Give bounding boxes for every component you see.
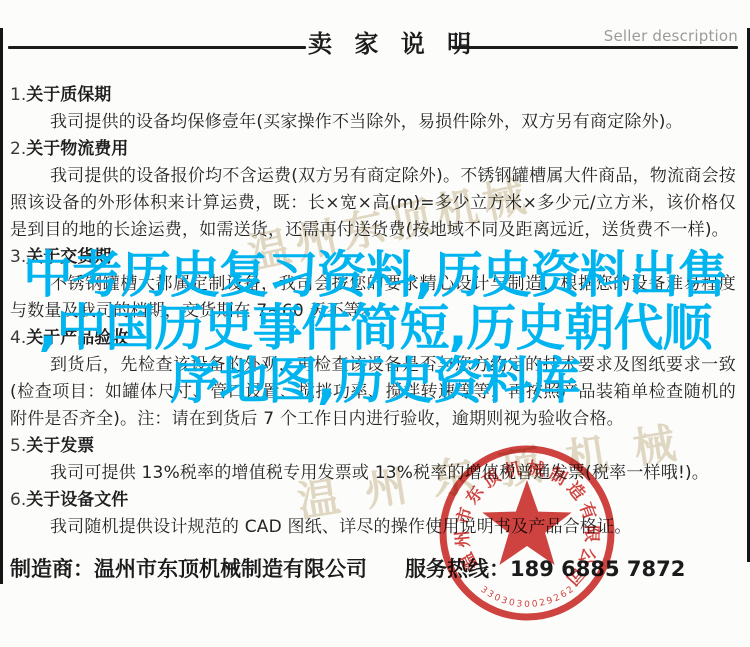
title-rule-right [452,46,738,49]
section-heading: 2.关于物流费用 [10,136,736,163]
section-invoice: 5.关于发票 我司可提供 13%税率的增值税专用发票或 13%税率的增值税普通发… [10,433,736,487]
section-text: 不锈钢罐槽大都属定制设备，我司会按您的要求精心设计与制造，根据您的设备难易程度与… [10,271,736,325]
section-acceptance: 4.关于产品验收 到货后，先检查该设备的外观，再检查该设备是否与您方约定的技术要… [10,325,736,433]
seller-description-page: 温州东顶机械 温州东顶机械 卖 家 说 明 Seller description… [0,0,750,647]
seal-registration-number: 3303030029262 [478,585,575,610]
section-text: 到货后，先检查该设备的外观，再检查该设备是否与您方约定的技术要求及图纸要求一致(… [10,352,736,433]
svg-text:9: 9 [546,596,555,607]
section-title: 关于设备文件 [26,490,128,510]
manufacturer-label: 制造商： [10,557,94,581]
manufacturer-line: 制造商：温州市东顶机械制造有限公司服务热线：189 6885 7872 [10,553,736,583]
page-title-english: Seller description [604,27,738,45]
hotline-number: 189 6885 7872 [510,557,685,581]
section-number: 3. [10,247,26,267]
svg-text:2: 2 [552,593,561,604]
section-number: 2. [10,139,26,159]
document-body: 1.关于质保期 我司提供的设备均保修壹年(买家操作不当除外，易损件除外，双方另有… [0,82,750,583]
svg-text:3: 3 [485,589,495,601]
section-text: 我司可提供 13%税率的增值税专用发票或 13%税率的增值税普通发票(税率一样哦… [10,460,736,487]
svg-text:0: 0 [492,593,502,605]
svg-text:6: 6 [559,589,569,601]
svg-text:0: 0 [531,599,538,610]
section-text: 我司提供的设备均保修壹年(买家操作不当除外，易损件除外，双方另有商定除外)。 [10,109,736,136]
section-text: 我司提供的设备报价均不含运费(双方另有商定除外)。不锈钢罐槽属大件商品，物流商会… [10,163,736,244]
hotline-label: 服务热线： [405,557,510,581]
section-title: 关于发票 [26,436,94,456]
svg-text:0: 0 [524,600,530,610]
page-title: 卖 家 说 明 [308,24,448,59]
section-number: 4. [10,328,26,348]
section-heading: 6.关于设备文件 [10,487,736,514]
manufacturer-name: 温州市东顶机械制造有限公司 [94,557,367,581]
svg-text:2: 2 [539,598,547,609]
section-heading: 5.关于发票 [10,433,736,460]
section-warranty: 1.关于质保期 我司提供的设备均保修壹年(买家操作不当除外，易损件除外，双方另有… [10,82,736,136]
svg-text:0: 0 [508,598,516,609]
section-heading: 1.关于质保期 [10,82,736,109]
section-title: 关于交货期 [26,247,111,267]
section-title: 关于物流费用 [26,139,128,159]
section-title: 关于产品验收 [26,328,128,348]
section-number: 5. [10,436,26,456]
section-heading: 3.关于交货期 [10,244,736,271]
svg-text:3: 3 [500,596,509,607]
section-title: 关于质保期 [26,85,111,105]
section-heading: 4.关于产品验收 [10,325,736,352]
svg-text:3: 3 [478,585,489,596]
title-rule-left [8,46,306,49]
section-number: 6. [10,490,26,510]
svg-text:2: 2 [565,585,576,596]
section-text: 我司随机提供设计规范的 CAD 图纸、详尽的操作使用说明书及产品合格证。 [10,514,736,541]
section-number: 1. [10,85,26,105]
section-documents: 6.关于设备文件 我司随机提供设计规范的 CAD 图纸、详尽的操作使用说明书及产… [10,487,736,541]
section-logistics: 2.关于物流费用 我司提供的设备报价均不含运费(双方另有商定除外)。不锈钢罐槽属… [10,136,736,244]
section-delivery: 3.关于交货期 不锈钢罐槽大都属定制设备，我司会按您的要求精心设计与制造，根据您… [10,244,736,325]
svg-text:3: 3 [516,599,523,610]
